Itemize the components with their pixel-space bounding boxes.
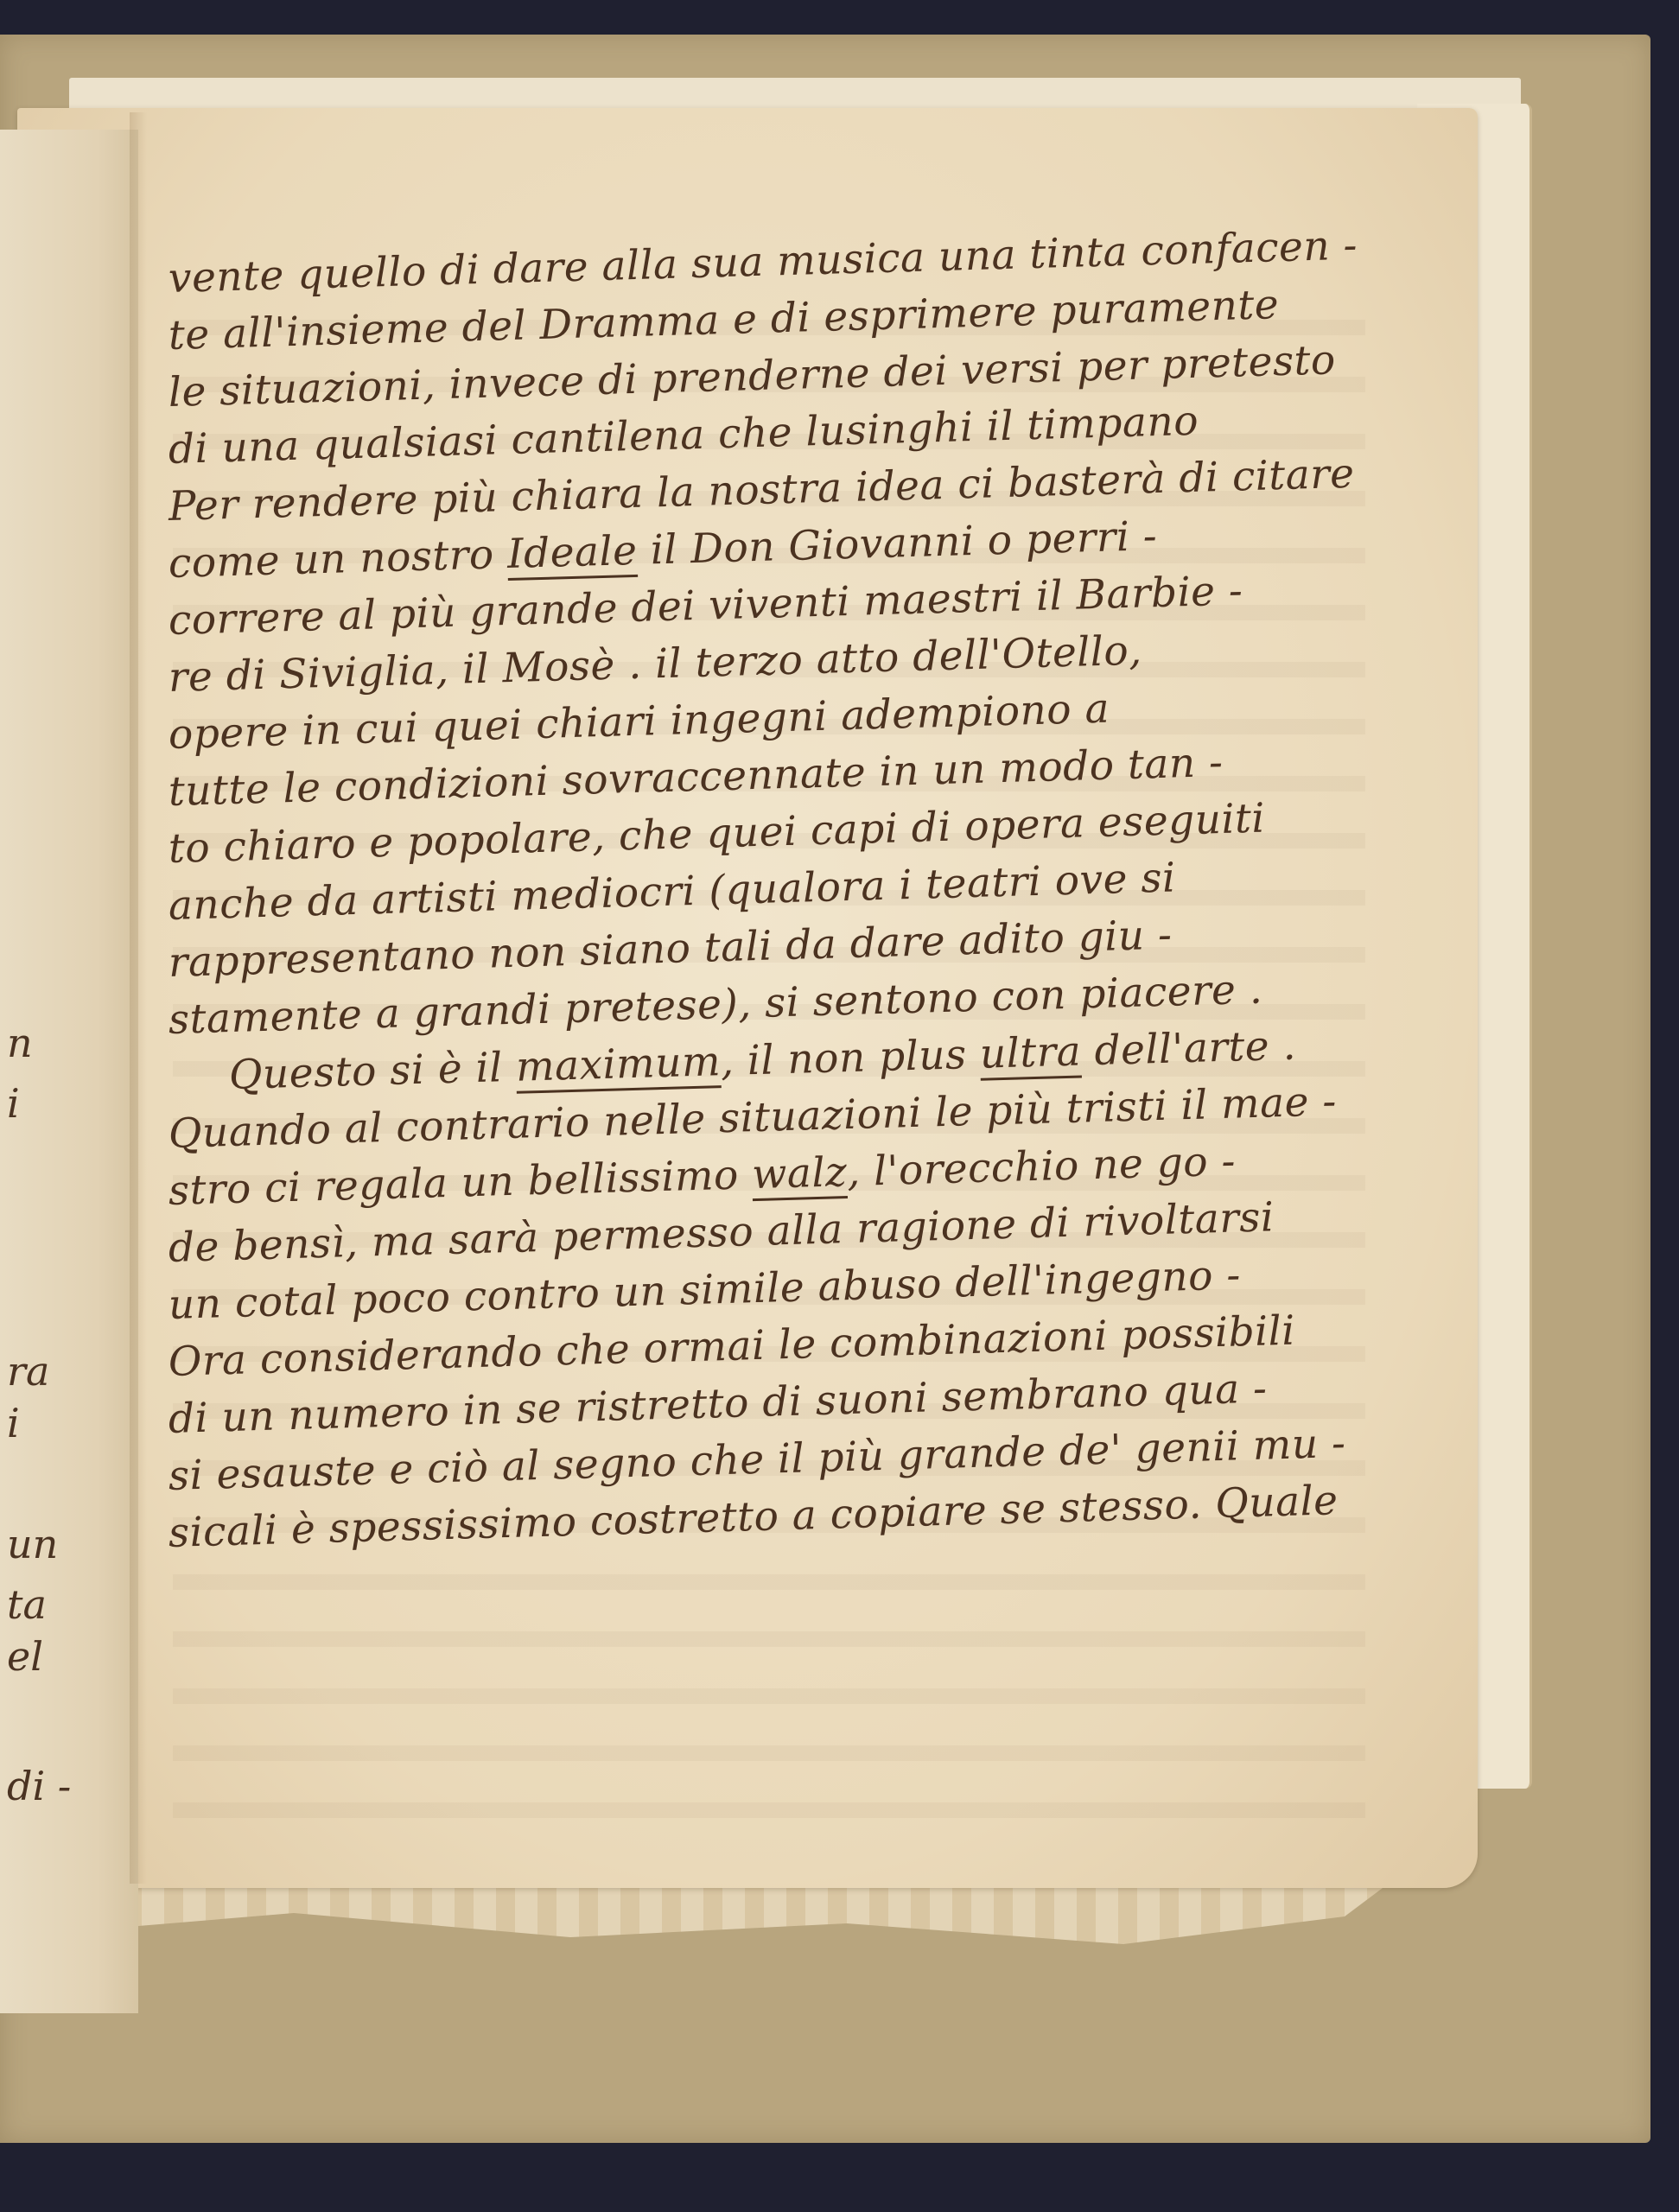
left-fragment: el	[7, 1633, 43, 1680]
left-fragment: i	[7, 1080, 20, 1127]
manuscript-text: vente quello di dare alla sua musica una…	[169, 251, 1378, 1562]
underlined-word: ultra	[979, 1028, 1082, 1078]
underlined-word: maximum	[515, 1038, 721, 1091]
left-fragment: n	[7, 1020, 33, 1066]
left-fragment: un	[7, 1521, 58, 1567]
underlined-word: Ideale	[506, 527, 638, 578]
page-gutter	[130, 112, 147, 1884]
left-fragment: i	[7, 1400, 20, 1446]
left-page-margin	[0, 130, 138, 2013]
left-fragment: ta	[7, 1581, 47, 1628]
underlined-word: walz	[751, 1148, 848, 1198]
left-fragment: ra	[7, 1348, 49, 1395]
left-fragment: di -	[7, 1763, 71, 1809]
